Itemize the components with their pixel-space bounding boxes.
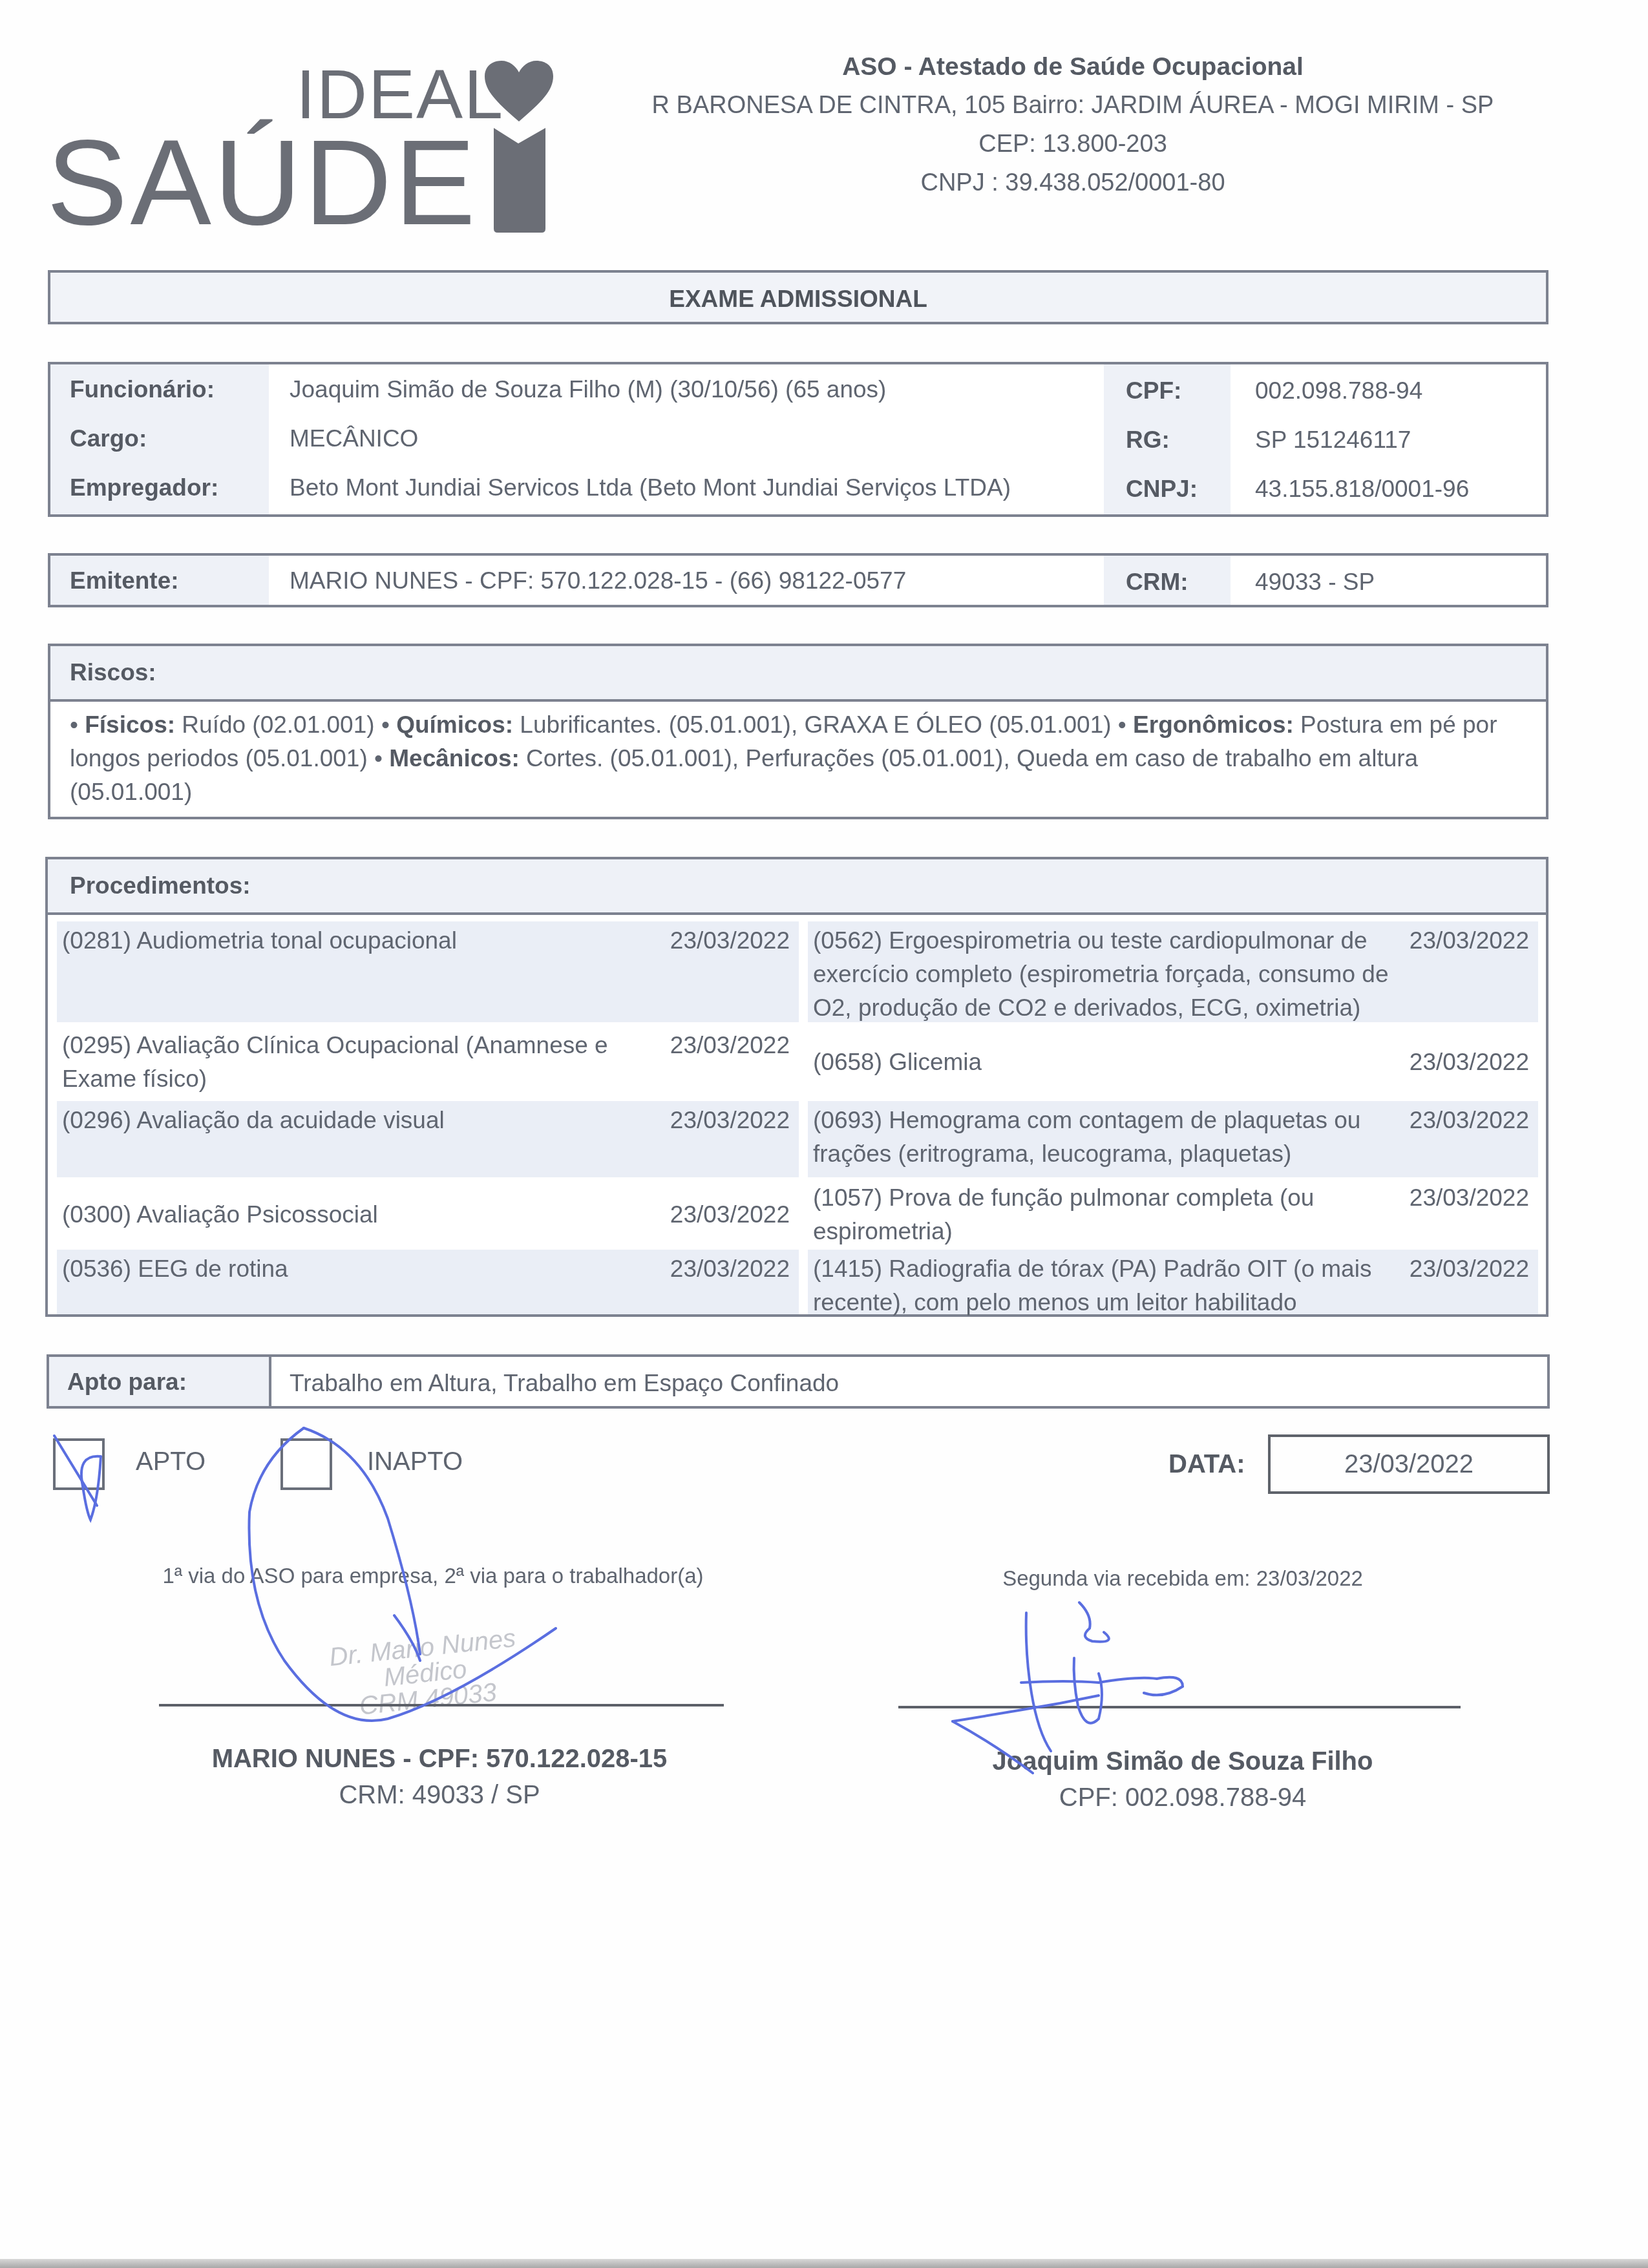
emitente-value: MARIO NUNES - CPF: 570.122.028-15 - (66)… (290, 567, 906, 594)
risk-group: • Físicos: Ruído (02.01.001) (70, 711, 381, 738)
procedure-date: 23/03/2022 (1410, 1045, 1529, 1079)
funcionario-value: Joaquim Simão de Souza Filho (M) (30/10/… (290, 376, 886, 403)
cpf-value: 002.098.788-94 (1255, 377, 1422, 404)
procedure-name: (0658) Glicemia (813, 1045, 1401, 1079)
cargo-value: MECÂNICO (290, 425, 418, 452)
procedure-date: 23/03/2022 (670, 1104, 790, 1137)
procedure-name: (0562) Ergoespirometria ou teste cardiop… (813, 924, 1401, 1025)
procedure-date: 23/03/2022 (670, 1029, 790, 1062)
procedure-name: (0296) Avaliação da acuidade visual (62, 1104, 637, 1137)
copy-note: 1ª via do ASO para empresa, 2ª via para … (116, 1564, 750, 1588)
procedure-name: (0281) Audiometria tonal ocupacional (62, 924, 637, 958)
inapto-checkbox[interactable] (280, 1438, 332, 1490)
exam-type-bar: EXAME ADMISSIONAL (48, 270, 1548, 324)
procedure-item: (1415) Radiografia de tórax (PA) Padrão … (808, 1250, 1538, 1314)
rg-value: SP 151246117 (1255, 426, 1411, 454)
procedure-item: (0658) Glicemia23/03/2022 (808, 1026, 1538, 1097)
procedure-date: 23/03/2022 (1410, 1252, 1529, 1286)
apto-para-value: Trabalho em Altura, Trabalho em Espaço C… (290, 1370, 839, 1397)
procedure-name: (0295) Avaliação Clínica Ocupacional (An… (62, 1029, 637, 1096)
procedure-item: (0300) Avaliação Psicossocial23/03/2022 (57, 1179, 799, 1250)
empregador-value: Beto Mont Jundiai Servicos Ltda (Beto Mo… (290, 474, 1011, 501)
procedimentos-box: Procedimentos: (0281) Audiometria tonal … (45, 857, 1548, 1317)
funcionario-label: Funcionário: (70, 376, 215, 403)
inapto-label: INAPTO (367, 1447, 463, 1476)
worker-signature-line (898, 1706, 1461, 1708)
risk-group: • Químicos: Lubrificantes. (05.01.001), … (381, 711, 1118, 738)
doctor-signature-line (159, 1704, 724, 1706)
document-title: ASO - Atestado de Saúde Ocupacional (607, 53, 1538, 81)
riscos-box: Riscos: • Físicos: Ruído (02.01.001) • Q… (48, 644, 1548, 819)
risk-items: Ruído (02.01.001) (175, 711, 381, 738)
worker-signature (1026, 1613, 1051, 1751)
procedure-date: 23/03/2022 (670, 924, 790, 958)
scan-edge (0, 2259, 1648, 2268)
data-label: DATA: (1168, 1450, 1245, 1479)
procedure-item: (0562) Ergoespirometria ou teste cardiop… (808, 921, 1538, 1022)
riscos-label: Riscos: (70, 659, 156, 686)
second-copy-received: Segunda via recebida em: 23/03/2022 (918, 1566, 1448, 1591)
risk-category: Químicos: (396, 711, 513, 738)
apto-para-box: Apto para: Trabalho em Altura, Trabalho … (47, 1354, 1550, 1409)
emitente-box: Emitente: MARIO NUNES - CPF: 570.122.028… (48, 553, 1548, 607)
rg-label: RG: (1126, 426, 1170, 454)
cnpj-label: CNPJ: (1126, 476, 1198, 503)
procedure-date: 23/03/2022 (670, 1198, 790, 1232)
exam-type: EXAME ADMISSIONAL (50, 286, 1546, 313)
procedure-name: (0693) Hemograma com contagem de plaquet… (813, 1104, 1401, 1171)
procedure-name: (1415) Radiografia de tórax (PA) Padrão … (813, 1252, 1401, 1319)
procedure-date: 23/03/2022 (1410, 924, 1529, 958)
worker-cpf: CPF: 002.098.788-94 (892, 1783, 1474, 1812)
procedure-date: 23/03/2022 (1410, 1181, 1529, 1215)
emitente-label: Emitente: (70, 567, 179, 594)
risk-category: Mecânicos: (389, 745, 520, 772)
apto-label: APTO (136, 1447, 206, 1476)
riscos-list: • Físicos: Ruído (02.01.001) • Químicos:… (70, 708, 1501, 809)
cargo-label: Cargo: (70, 425, 147, 452)
crm-value: 49033 - SP (1255, 569, 1375, 596)
empregador-label: Empregador: (70, 474, 218, 501)
procedure-name: (1057) Prova de função pulmonar completa… (813, 1181, 1401, 1248)
procedure-item: (0536) EEG de rotina23/03/2022 (57, 1250, 799, 1314)
crm-label: CRM: (1126, 569, 1188, 596)
apto-checkbox[interactable] (53, 1438, 105, 1490)
procedure-date: 23/03/2022 (1410, 1104, 1529, 1137)
employee-info-box: Funcionário: Joaquim Simão de Souza Filh… (48, 362, 1548, 517)
procedure-name: (0300) Avaliação Psicossocial (62, 1198, 637, 1232)
procedure-item: (0296) Avaliação da acuidade visual23/03… (57, 1101, 799, 1177)
date-value: 23/03/2022 (1271, 1450, 1547, 1479)
worker-name: Joaquim Simão de Souza Filho (892, 1747, 1474, 1776)
apto-para-label: Apto para: (67, 1369, 187, 1396)
doctor-stamp: Dr. Mario Nunes Médico CRM 49033 (306, 1623, 545, 1725)
procedure-item: (1057) Prova de função pulmonar completa… (808, 1179, 1538, 1250)
procedure-date: 23/03/2022 (670, 1252, 790, 1286)
cpf-label: CPF: (1126, 377, 1181, 404)
date-field: 23/03/2022 (1268, 1434, 1550, 1494)
risk-items: Lubrificantes. (05.01.001), GRAXA E ÓLEO… (513, 711, 1118, 738)
doctor-name: MARIO NUNES - CPF: 570.122.028-15 (116, 1745, 763, 1774)
procedure-item: (0281) Audiometria tonal ocupacional23/0… (57, 921, 799, 1022)
clinic-cep: CEP: 13.800-203 (607, 131, 1538, 158)
procedure-name: (0536) EEG de rotina (62, 1252, 637, 1286)
risk-category: Físicos: (85, 711, 175, 738)
procedure-item: (0295) Avaliação Clínica Ocupacional (An… (57, 1026, 799, 1097)
logo-saude-text: SAÚDE (47, 121, 478, 243)
risk-category: Ergonômicos: (1133, 711, 1294, 738)
cnpj-value: 43.155.818/0001-96 (1255, 476, 1469, 503)
clinic-address: R BARONESA DE CINTRA, 105 Bairro: JARDIM… (607, 92, 1538, 120)
clinic-cnpj: CNPJ : 39.438.052/0001-80 (607, 169, 1538, 197)
procedure-item: (0693) Hemograma com contagem de plaquet… (808, 1101, 1538, 1177)
heart-icon (483, 59, 555, 124)
procedimentos-label: Procedimentos: (70, 872, 251, 899)
person-i-icon (494, 128, 545, 233)
doctor-crm: CRM: 49033 / SP (116, 1781, 763, 1810)
